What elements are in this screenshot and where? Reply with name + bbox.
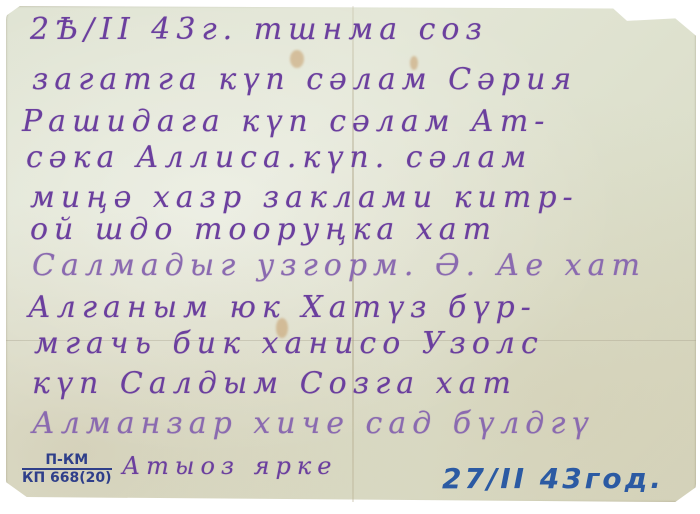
- letter-line-1: 2Ѣ/II 43г. тшнма соз: [30, 12, 488, 47]
- stamp-top-text: П-КМ: [22, 452, 112, 468]
- closing-date: 27/II 43год.: [442, 462, 664, 495]
- stamp-number: КП 668(20): [22, 468, 112, 486]
- letter-line-10: күп Салдым Созга хат: [32, 366, 517, 401]
- letter-line-12: Атыоз ярке: [122, 452, 337, 480]
- letter-line-2: загатга күп сәлам Сәрия: [32, 62, 577, 97]
- letter-line-9: мгачь бик ханисо Узолс: [34, 326, 544, 361]
- letter-line-4: сәка Аллиса.күп. сәлам: [26, 140, 532, 175]
- letter-line-5: миңә хазр заклами китр-: [30, 180, 579, 215]
- letter-line-6: ой шдо тооруңка хат: [30, 212, 497, 247]
- letter-line-11: Алманзар хиче сад бүлдгү: [32, 406, 595, 441]
- postal-stamp: П-КМ КП 668(20): [22, 452, 112, 486]
- letter-line-3: Рашидага күп сәлам Ат-: [22, 104, 550, 139]
- letter-line-8: Алганым юк Хатүз бүр-: [28, 290, 537, 325]
- letter-line-7: Салмадыг узгорм. Ә. Ае хат: [32, 248, 646, 283]
